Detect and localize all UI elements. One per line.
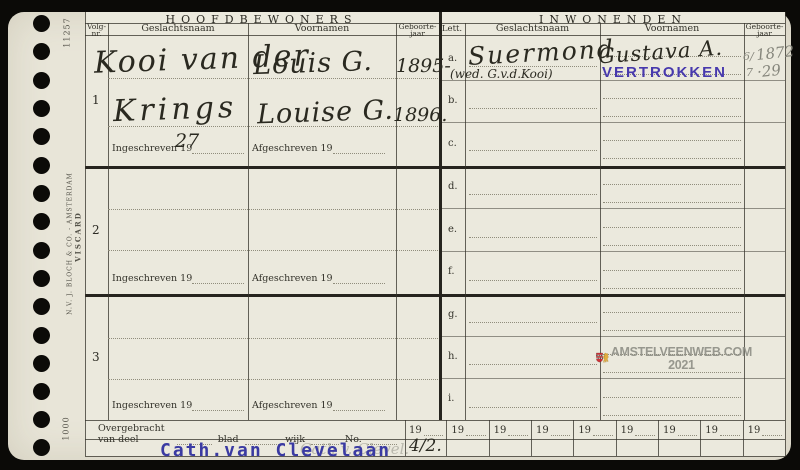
punch-hole — [33, 355, 50, 372]
write-line — [469, 194, 597, 195]
punch-hole — [33, 242, 50, 259]
year-cell: 19 — [489, 420, 531, 439]
col-header-voornamen-r: Voornamen — [600, 23, 744, 35]
grid-line-thick — [85, 294, 785, 297]
dotted-blank — [333, 144, 385, 154]
punch-hole — [33, 185, 50, 202]
handwritten-widow-note: (wed. G.v.d.Kooi) — [450, 67, 553, 81]
write-line — [603, 184, 741, 185]
ingeschreven-line-3: Ingeschreven 19 — [112, 400, 244, 411]
col-header-geboortejaar: Geboorte-jaar — [396, 23, 439, 36]
serial-number-bottom: 1000 — [62, 416, 71, 440]
write-line — [603, 227, 741, 228]
grid-line — [248, 23, 249, 420]
printer-imprint: N.V. J. BLOCH & CO. - AMSTERDAM — [67, 124, 74, 364]
grid-line — [785, 12, 786, 456]
row-line — [441, 251, 785, 252]
lett-g: g. — [448, 309, 458, 320]
write-line — [108, 250, 438, 251]
lett-e: e. — [448, 224, 457, 235]
punch-hole — [33, 383, 50, 400]
write-line — [469, 108, 597, 109]
year-cell: 19 — [531, 420, 573, 439]
volgnr-3: 3 — [92, 350, 100, 364]
row-line — [441, 122, 785, 123]
dotted-blank — [192, 274, 244, 284]
punch-hole — [33, 72, 50, 89]
bottom-empty-cell-row — [405, 439, 785, 456]
lett-c: c. — [448, 138, 457, 149]
lett-b: b. — [448, 95, 458, 106]
afgeschreven-line-2: Afgeschreven 19 — [252, 273, 385, 284]
serial-number-top: 11257 — [63, 17, 72, 47]
write-line — [469, 280, 597, 281]
handwritten-firstname-1: Louis G. — [252, 46, 373, 81]
punch-hole — [33, 327, 50, 344]
write-line — [603, 202, 741, 203]
pencil-departure-day: 6/ — [743, 50, 754, 63]
punch-hole — [33, 128, 50, 145]
volgnr-1: 1 — [92, 93, 100, 107]
write-line — [603, 116, 741, 117]
handwritten-birthyear-2: 1896. — [393, 104, 447, 126]
write-line — [108, 209, 438, 210]
street-address-stamp: Cath.van Clevelaan — [160, 440, 391, 461]
col-header-geslachtsnaam-r: Geslachtsnaam — [465, 23, 600, 35]
punch-hole — [33, 213, 50, 230]
write-line — [469, 150, 597, 151]
afgeschreven-label: Afgeschreven 19 — [252, 400, 333, 411]
punch-hole — [33, 100, 50, 117]
write-line — [603, 288, 741, 289]
ingeschreven-line-2: Ingeschreven 19 — [112, 273, 244, 284]
watermark-text: AMSTELVEENWEB.COM 2021 — [611, 346, 752, 372]
grid-line — [396, 23, 397, 420]
amstelveen-crest-icon — [596, 341, 611, 377]
col-header-volgnr: Volg-nr. — [85, 23, 108, 36]
year-cell: 19 — [573, 420, 615, 439]
write-line — [603, 245, 741, 246]
dotted-blank — [333, 401, 385, 411]
grid-line — [465, 23, 466, 420]
dotted-blank — [192, 144, 244, 154]
year-cell: 19 — [658, 420, 700, 439]
lett-f: f. — [448, 266, 455, 277]
year-cell: 19 — [446, 420, 488, 439]
write-line — [603, 330, 741, 331]
col-header-geboortejaar-r: Geboorte-jaar — [744, 23, 785, 36]
pencil-departure-day2: 7 — [746, 66, 753, 79]
write-line — [469, 322, 597, 323]
volgnr-2: 2 — [92, 223, 100, 237]
row-line — [441, 336, 785, 337]
lett-i: i. — [448, 393, 454, 404]
pencil-departure-year: ·29 — [756, 61, 782, 81]
write-line — [108, 338, 438, 339]
write-line — [603, 158, 741, 159]
card-brand: VISCARD — [74, 117, 83, 357]
write-line — [603, 270, 741, 271]
lett-a: a. — [448, 53, 457, 64]
afgeschreven-line-3: Afgeschreven 19 — [252, 400, 385, 411]
handwritten-surname-2: Krings — [112, 90, 237, 129]
grid-line — [108, 23, 109, 420]
write-line — [603, 140, 741, 141]
handwritten-house-number: 4/2. — [409, 436, 442, 456]
punch-hole — [33, 15, 50, 32]
dotted-blank — [333, 274, 385, 284]
grid-line — [85, 12, 86, 456]
col-header-geslachtsnaam: Geslachtsnaam — [108, 23, 248, 35]
handwritten-firstname-2: Louise G. — [257, 95, 395, 131]
afgeschreven-line-1: Afgeschreven 19 — [252, 143, 385, 154]
write-line — [469, 364, 597, 365]
handwritten-ingeschreven-year-1: 27 — [175, 130, 199, 152]
punch-hole — [33, 270, 50, 287]
dotted-blank — [192, 401, 244, 411]
col-header-lett: Lett. — [439, 23, 465, 35]
col-header-voornamen: Voornamen — [248, 23, 396, 35]
write-line — [603, 312, 741, 313]
punch-hole — [33, 157, 50, 174]
write-line — [603, 397, 741, 398]
write-line — [603, 415, 741, 416]
write-line — [603, 98, 741, 99]
amstelveenweb-watermark: AMSTELVEENWEB.COM 2021 — [596, 338, 752, 380]
punch-hole — [33, 411, 50, 428]
year-cell-row: 19 19 19 19 19 19 19 19 19 — [405, 420, 785, 439]
row-line — [441, 208, 785, 209]
ingeschreven-label: Ingeschreven 19 — [112, 400, 192, 411]
grid-line-thick — [85, 166, 785, 169]
year-cell: 19 — [700, 420, 742, 439]
write-line — [469, 237, 597, 238]
year-cell: 19 — [743, 420, 785, 439]
lett-d: d. — [448, 181, 458, 192]
afgeschreven-label: Afgeschreven 19 — [252, 143, 333, 154]
ingeschreven-label: Ingeschreven 19 — [112, 273, 192, 284]
year-cell: 19 — [616, 420, 658, 439]
write-line — [469, 407, 597, 408]
punch-hole — [33, 298, 50, 315]
write-line — [108, 379, 438, 380]
handwritten-birthyear-1: 1895- — [396, 55, 451, 77]
afgeschreven-label: Afgeschreven 19 — [252, 273, 333, 284]
punch-hole — [33, 43, 50, 60]
scanned-registration-card-page: 11257 VISCARD N.V. J. BLOCH & CO. - AMST… — [0, 0, 800, 470]
lett-h: h. — [448, 351, 458, 362]
vertrokken-stamp: VERTROKKEN — [602, 64, 727, 81]
punch-hole — [33, 439, 50, 456]
